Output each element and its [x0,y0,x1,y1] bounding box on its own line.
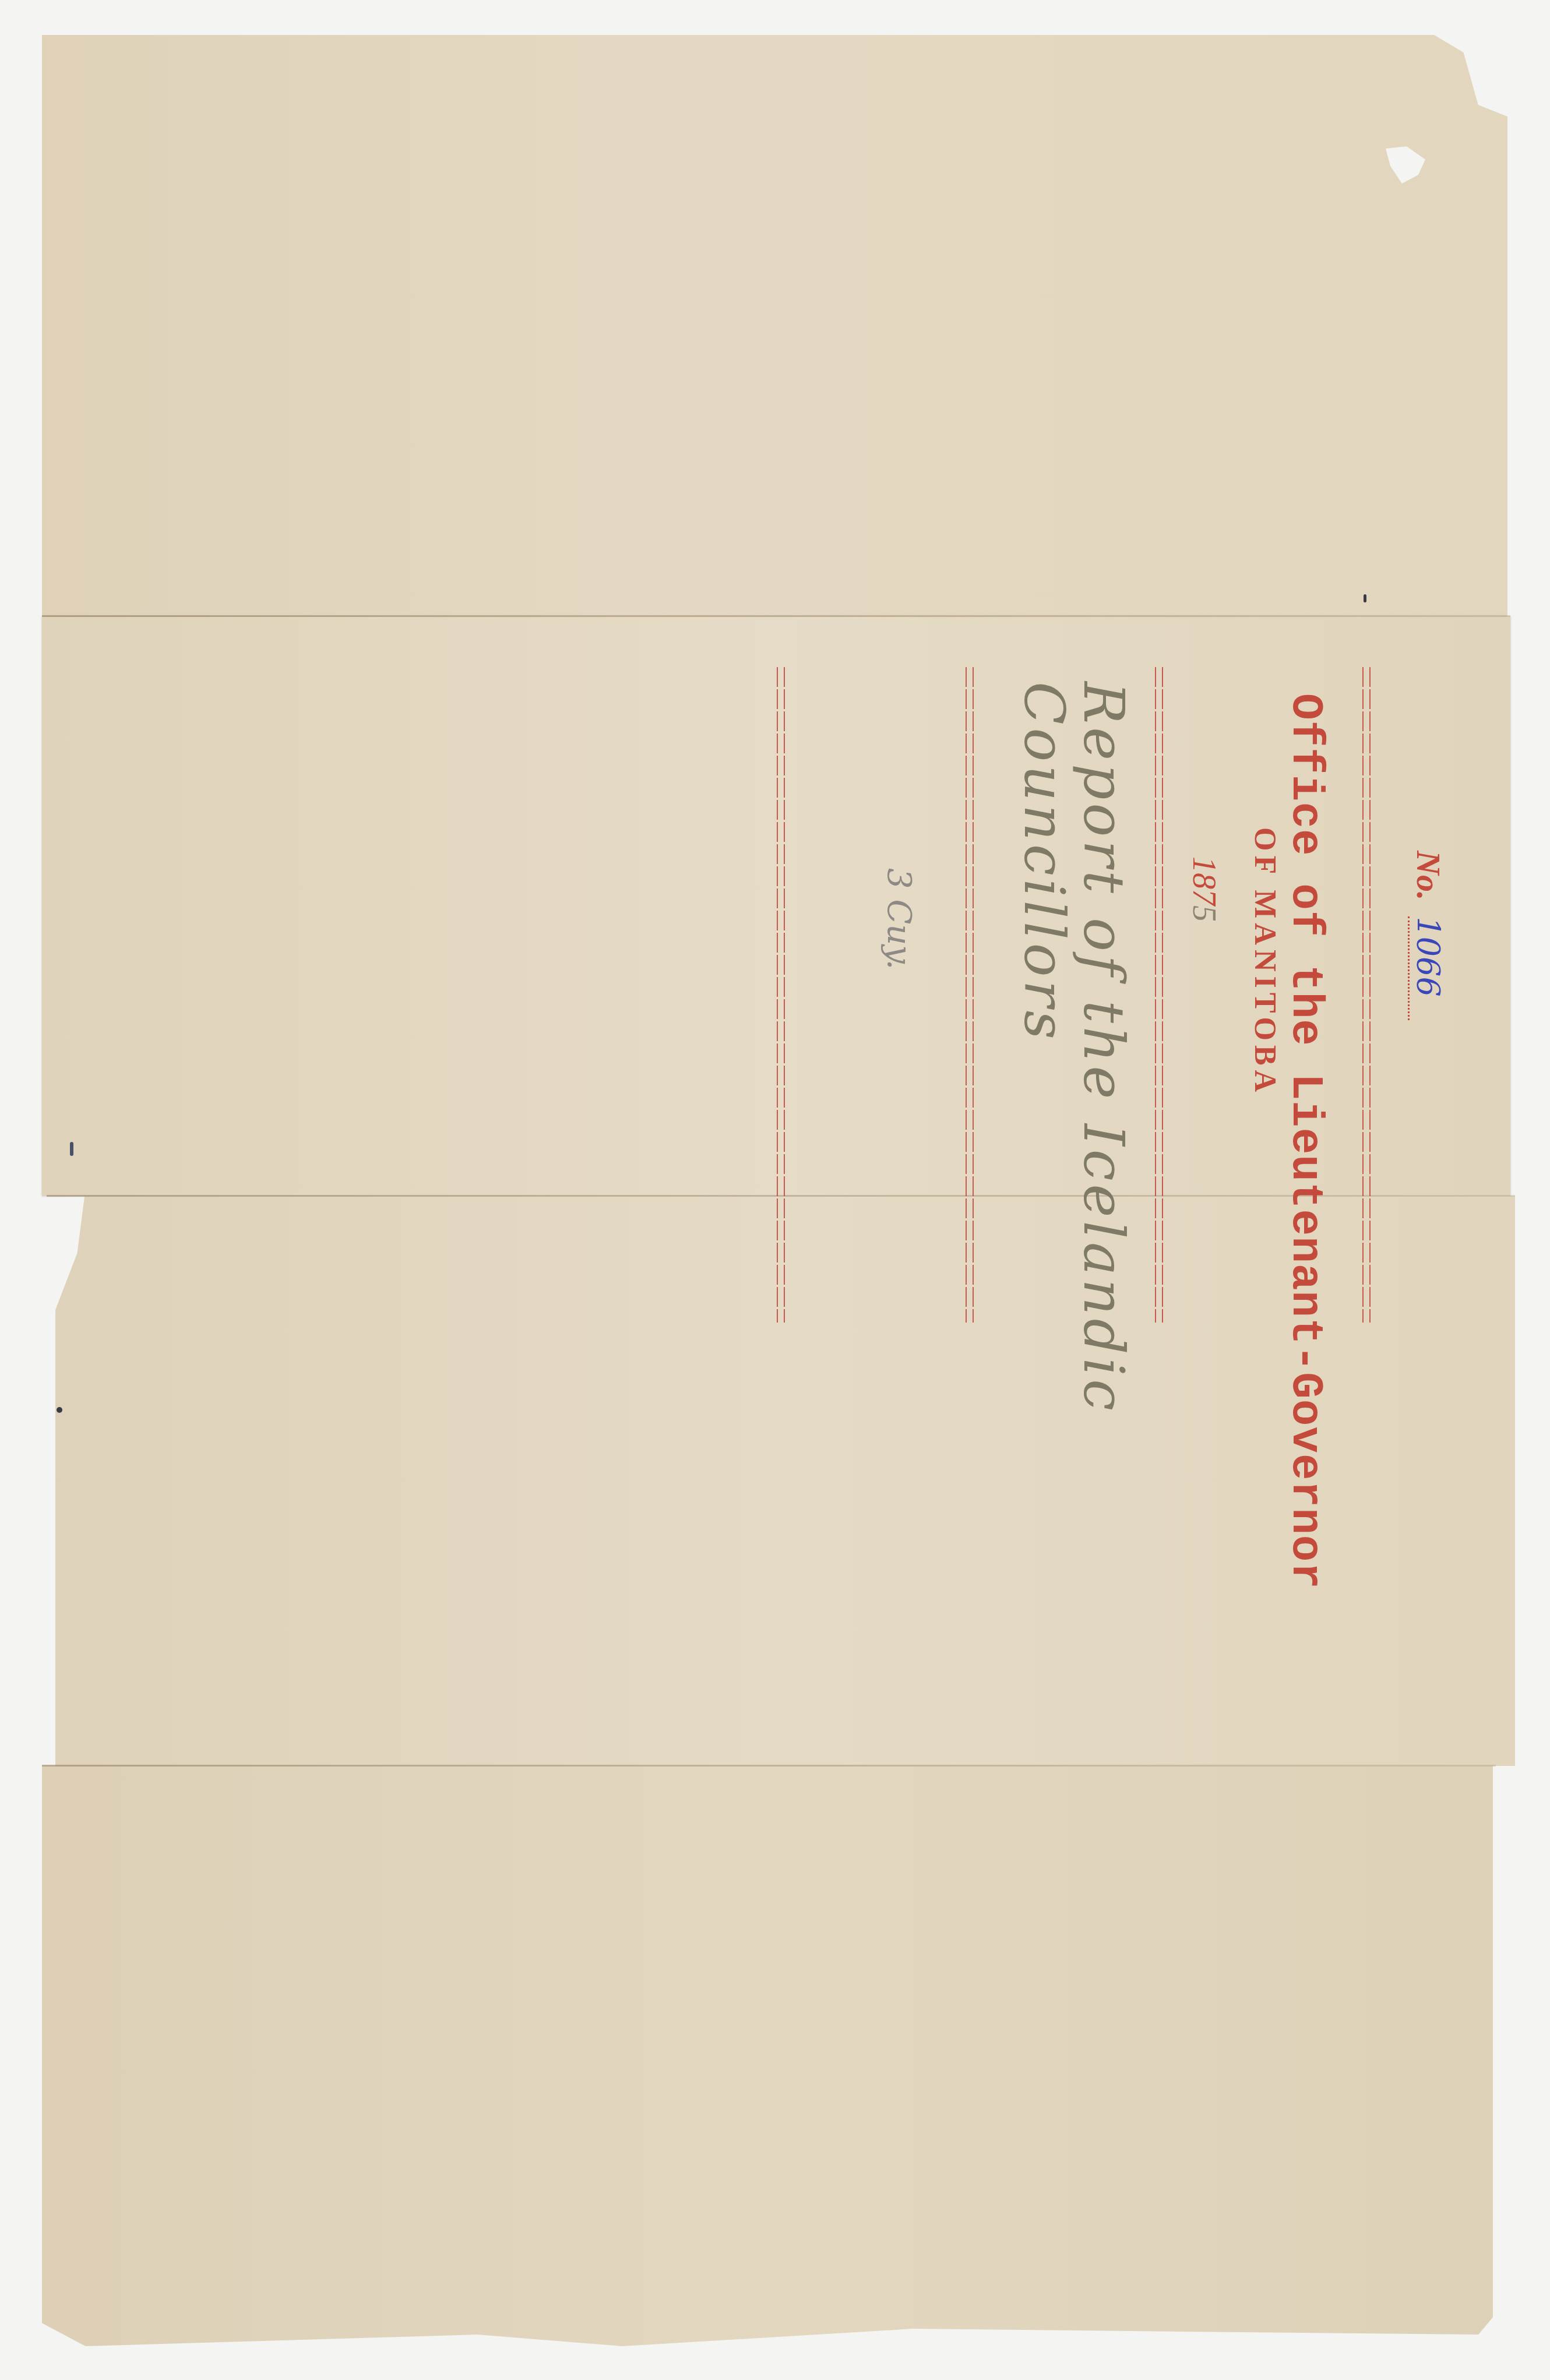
sheet-panel-top [42,35,1507,618]
red-rule [777,667,778,1323]
office-heading: Office of the Lieutenant-Governor [1280,693,1330,1589]
subject-line-2: Councillors [1012,682,1077,1043]
subject-line-1: Report of the Icelandic [1071,682,1136,1414]
sheet-panel-bottom [42,1766,1493,2346]
fold-line [42,1765,1496,1767]
red-rule [1362,667,1364,1323]
red-rule [973,667,974,1323]
docket-year: 1875 [1185,856,1223,922]
pencil-note: 3 Cuy. [880,868,918,969]
docket-number-label: No. [1410,851,1447,900]
docket-number: No.1066 [1409,851,1448,1020]
red-rule [966,667,967,1323]
red-rule [1369,667,1371,1323]
year-handwritten: 5 [1186,905,1222,922]
fold-line [42,615,1510,617]
year-printed: 187 [1186,856,1222,905]
ink-spot [57,1407,62,1413]
province-heading: OF MANITOBA [1248,827,1282,1096]
red-rule [1162,667,1163,1323]
ink-spot [1364,594,1366,602]
red-rule [784,667,785,1323]
ink-mark [70,1142,73,1156]
docket-number-value: 1066 [1408,916,1446,1020]
red-rule [1155,667,1156,1323]
